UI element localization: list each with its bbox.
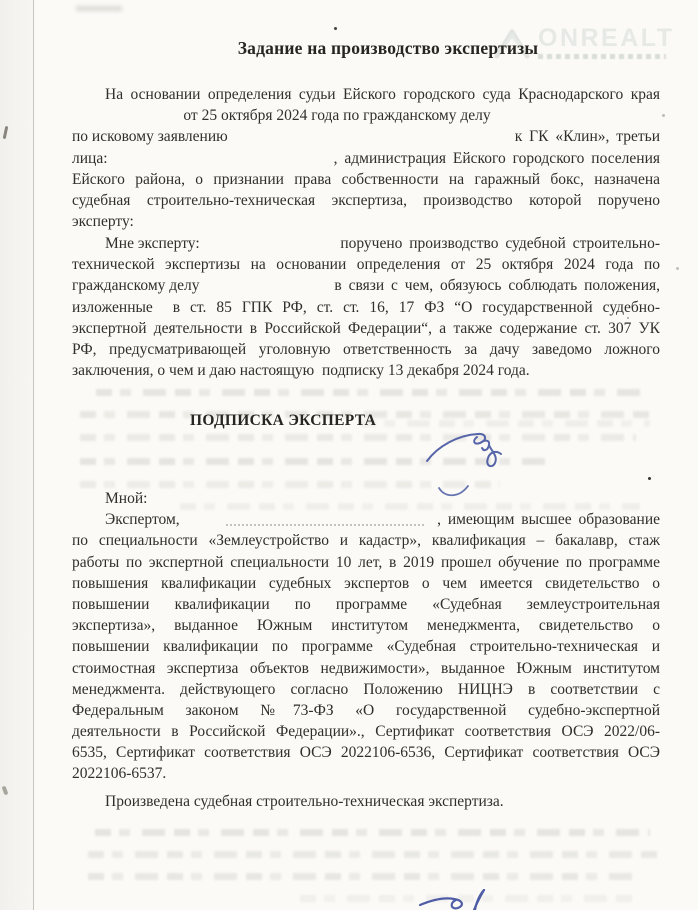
paragraph-court-order: На основании определения судьи Ейского г… [72, 84, 660, 232]
text-line: повышения квалификации судебных эксперто… [72, 573, 660, 594]
text-line: На основании определения судьи Ейского г… [72, 84, 660, 105]
text-line: повышении квалификации по программе «Суд… [72, 636, 660, 657]
document-title: Задание на производство экспертизы [72, 38, 660, 59]
text-line: Федеральным законом №73-ФЗ «О государств… [72, 700, 660, 721]
document-page: ONREALT Задание на производство эксперти… [0, 0, 698, 910]
text-line: работы по экспертной специальности 10 ле… [72, 552, 660, 573]
text-line: технической экспертизы на основании опре… [72, 254, 660, 275]
text-line: деятельности в Российской Федерации»., С… [72, 721, 660, 742]
text-line: повышении квалификации по программе «Суд… [72, 594, 660, 615]
text-segment: в связи с чем, обязуюсь соблюдать положе… [334, 275, 660, 296]
text-line: Произведена судебная строительно-техниче… [72, 791, 660, 812]
text-segment: , администрация Ейского городского посел… [334, 148, 660, 169]
text-line: от 25 октября 2024 года по гражданскому … [72, 105, 660, 126]
text-line: менеджмента. действующего согласно Полож… [72, 679, 660, 700]
text-line: 2022106-6537. [72, 763, 660, 784]
text-line: судебная строительно-техническая эксперт… [72, 190, 660, 211]
text-line: по специальности «Землеустройство и када… [72, 530, 660, 551]
text-line: лица: , администрация Ейского городского… [72, 148, 660, 169]
text-line: по исковому заявлению к ГК «Клин», треть… [72, 126, 660, 147]
text-segment: Мне эксперту: [72, 233, 200, 254]
text-segment: Экспертом, [72, 509, 180, 530]
text-line: Экспертом, , имеющим высшее образование [72, 509, 660, 530]
text-line: заключения, о чем и даю настоящую подпис… [72, 360, 660, 381]
text-segment: к ГК «Клин», третьи [515, 126, 660, 147]
document-text-column: Задание на производство экспертизы На ос… [72, 0, 660, 910]
paragraph-conclusion: Произведена судебная строительно-техниче… [72, 791, 660, 812]
text-line: Мной: [72, 488, 660, 509]
paragraph-expert-obligation: Мне эксперту: поручено производство суде… [72, 233, 660, 381]
text-line: стоимостная экспертиза объектов недвижим… [72, 658, 660, 679]
text-line: гражданскому делу в связи с чем, обязуюс… [72, 275, 660, 296]
text-line: Ейского района, о признании права собств… [72, 169, 660, 190]
text-line: экспертиза», выданное Южным институтом м… [72, 615, 660, 636]
text-segment: , имеющим высшее образование [437, 509, 660, 530]
text-line: РФ, предусматривающей уголовную ответств… [72, 339, 660, 360]
signature-flourish [437, 482, 471, 505]
text-segment: поручено производство судебной строитель… [340, 233, 660, 254]
text-segment: по исковому заявлению [72, 126, 228, 147]
ink-speck [662, 114, 665, 117]
scanned-document-page: { "watermark": { "brand": "ONREALT" }, "… [0, 0, 698, 910]
ink-speck [676, 267, 679, 270]
text-line: Мне эксперту: поручено производство суде… [72, 233, 660, 254]
redacted-name-dots [226, 514, 424, 526]
expert-signature [424, 428, 519, 483]
page-edge-line [33, 0, 34, 910]
paragraph-expert-credentials: Мной: Экспертом, , имеющим высшее образо… [72, 488, 660, 785]
text-line: 6535, Сертификат соответствия ОСЭ 202210… [72, 742, 660, 763]
section-heading-expert-subscription: ПОДПИСКА ЭКСПЕРТА [72, 412, 376, 430]
text-segment: лица: [72, 148, 108, 169]
text-segment: гражданскому делу [72, 275, 200, 296]
text-line: изложенные в ст. 85 ГПК РФ, ст. ст. 16, … [72, 297, 660, 318]
text-line: эксперту: [72, 211, 660, 232]
partial-signature-bottom [418, 889, 508, 910]
text-line: экспертной деятельности в Российской Фед… [72, 318, 660, 339]
